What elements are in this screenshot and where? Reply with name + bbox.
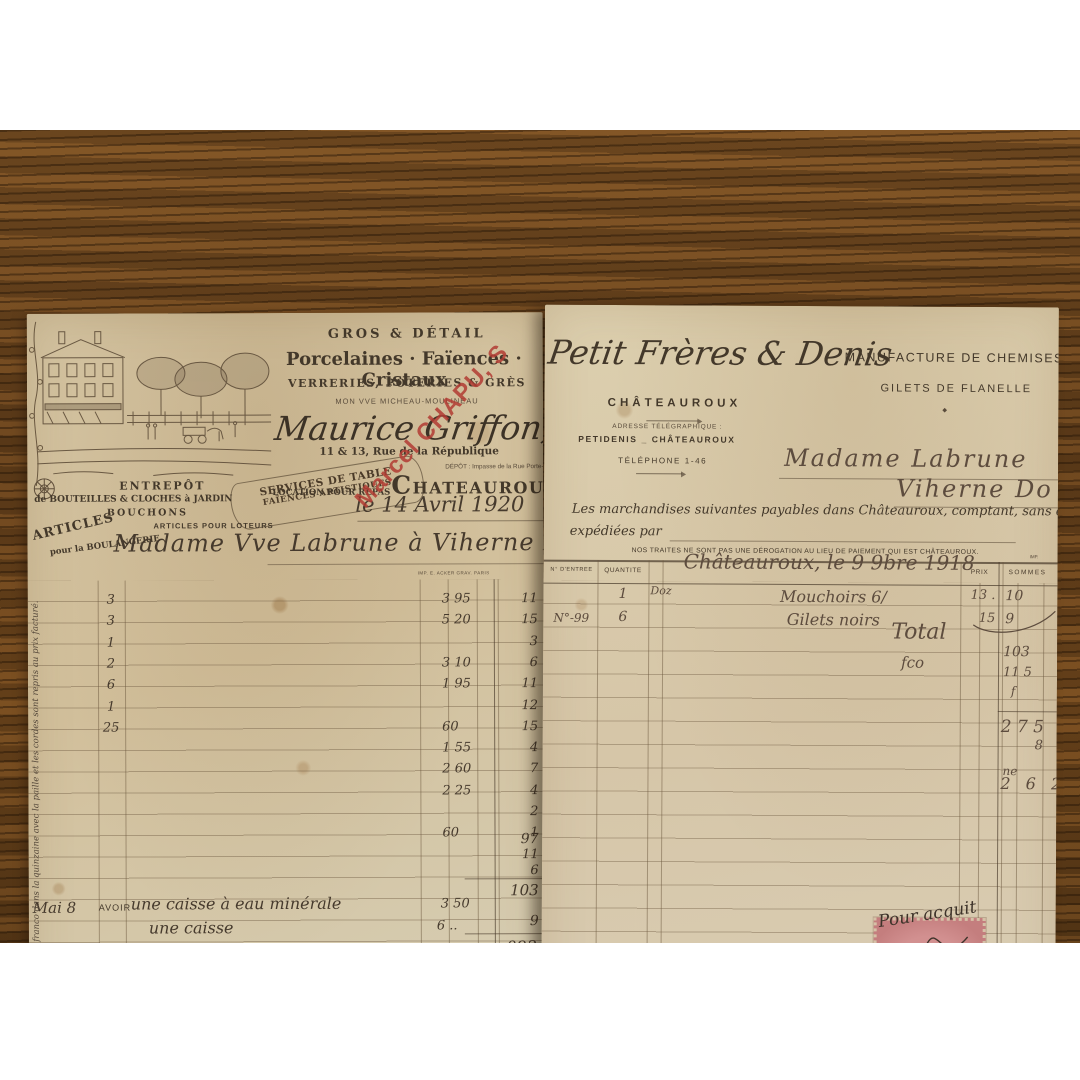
qty-cell: 1 [94, 699, 128, 714]
sum-cell: 15 [492, 719, 538, 734]
sum-total-g: 2 6 2 [1000, 774, 1059, 793]
qty-cell: 3 [94, 614, 128, 629]
total-label: Total [891, 619, 981, 644]
price-cell: 2 60 [442, 762, 494, 777]
customer-name: Madame Labrune [784, 444, 1054, 473]
entrepot-line2: de BOUTEILLES & CLOCHES à JARDIN [27, 494, 239, 505]
avoir-desc-1: une caisse à eau minérale [131, 894, 411, 914]
subtotal-final: 103 [487, 881, 539, 899]
photo-of-invoices: GROS & DÉTAIL Porcelaines · Faïences · C… [0, 0, 1080, 1080]
price-cell: 1 55 [442, 740, 494, 755]
manufacture-line1: MANUFACTURE DE CHEMISES [845, 350, 1059, 365]
sum-bracket-stroke [971, 607, 1057, 639]
price-cell: 60 [442, 826, 494, 841]
sum-cell: 15 [492, 612, 538, 627]
col-header-entree: N° D'ENTRÉE [546, 567, 598, 573]
qty-cell: 2 [94, 656, 128, 671]
sum-cell: 7 [492, 762, 538, 777]
subtotal-2: 11 [493, 847, 539, 862]
avoir-desc-2: une caisse [149, 918, 309, 938]
avoir-net: 9 [493, 913, 539, 929]
city-divider-arrow [646, 420, 698, 421]
invoice-date: Châteauroux, le 9 9bre 1918 [684, 549, 1014, 575]
price-cell: 3 95 [442, 591, 494, 606]
expedition-underline [670, 540, 1016, 543]
price-cell: 1 95 [442, 676, 494, 691]
col-header-quantite: QUANTITÉ [598, 567, 649, 574]
sum-total-e: 8 [1035, 738, 1059, 753]
price-cell: 3 10 [442, 655, 494, 670]
company-name-script: Petit Frères & Denis [546, 333, 812, 373]
price-cell: 2 25 [442, 783, 494, 798]
avoir-amount-1: 3 50 [441, 896, 493, 911]
entry-number-cell: N°-99 [545, 611, 597, 625]
sum-total-c: f [1011, 684, 1051, 698]
manufacture-divider: ◆ [942, 407, 947, 414]
qty-cell: 6 [597, 609, 648, 625]
customer-baseline [268, 563, 544, 565]
entrepot-heading: ENTREPÔT [107, 479, 217, 492]
margin-conditions-note: Les emballages retournés franco dans la … [30, 536, 42, 943]
stamp-signature-squiggle [885, 928, 977, 943]
avoir-amount-2: 6 .. [437, 918, 489, 933]
subtotal-3: 6 [493, 863, 539, 878]
city-name: CHÂTEAUROUX [584, 397, 764, 410]
fco-note: fco [901, 654, 941, 672]
price-cell: 60 [442, 719, 494, 734]
total-rule [465, 878, 543, 879]
verreries-heading: VERRERIES, POTERIES & GRÈS [277, 376, 537, 390]
total-rule [465, 933, 543, 934]
invoice-maurice-griffon: GROS & DÉTAIL Porcelaines · Faïences · C… [27, 312, 546, 943]
maison-line: MON VVE MICHEAU-MOULINEAU [297, 396, 517, 406]
telegraph-value: PETIDENIS _ CHÂTEAUROUX [578, 434, 798, 445]
sum-cell: 12 [492, 698, 538, 713]
customer-name: Madame Vve Labrune à Viherne Doi [113, 528, 545, 558]
sum-total-b: 11 5 [1003, 665, 1059, 680]
invoice-petit-freres-denis: Petit Frères & Denis CHÂTEAUROUX MANUFAC… [541, 305, 1059, 943]
qty-cell: 1 [94, 635, 128, 650]
price-cell: 5 20 [442, 613, 494, 628]
printer-imprint: IMP. [1030, 554, 1039, 559]
price-cell: 13 . [963, 588, 995, 603]
sum-cell: 3 [492, 634, 538, 649]
terms-line: Les marchandises suivantes payables dans… [572, 502, 1059, 520]
phone-line: TÉLÉPHONE 1-46 [618, 456, 738, 466]
qty-cell: 6 [94, 678, 128, 693]
printer-imprint: IMP. E. ACKER GRAV. PARIS [418, 570, 538, 575]
sum-cell: 2 [492, 804, 538, 819]
date-baseline [357, 520, 543, 522]
manufacture-line2: GILETS DE FLANELLE [880, 382, 1058, 395]
ornamental-border [27, 320, 46, 488]
expedition-line: expédiées par [570, 524, 710, 540]
item-desc-cell: Mouchoirs 6/ [693, 586, 973, 606]
column-line [420, 580, 423, 943]
sum-cell: 4 [492, 783, 538, 798]
sum-total-a: 103 [1003, 644, 1059, 660]
sum-cell: 10 [1005, 588, 1059, 604]
phone-divider-arrow [636, 473, 682, 474]
subtotal-1: 97 [493, 831, 539, 847]
sum-cell: 4 [492, 740, 538, 755]
storefront-engraving [33, 323, 276, 484]
avoir-final: 093 [485, 937, 537, 943]
qty-cell: 1 [597, 586, 648, 602]
unit-note-cell: Doz [650, 584, 684, 597]
wood-table-background: GROS & DÉTAIL Porcelaines · Faïences · C… [0, 130, 1080, 943]
qty-cell: 3 [94, 593, 128, 608]
telegraph-label: ADRESSE TÉLÉGRAPHIQUE : [612, 423, 772, 431]
sum-cell: 11 [492, 676, 538, 691]
sum-cell: 11 [492, 591, 538, 606]
sum-total-d: 2 7 5 [1001, 717, 1059, 737]
customer-city: Viherne Do [896, 475, 1059, 504]
left-table-grid: 33 951135 20151323 10661 95111122560151 … [28, 579, 546, 943]
sum-cell: 6 [492, 655, 538, 670]
qty-cell: 25 [94, 720, 128, 735]
